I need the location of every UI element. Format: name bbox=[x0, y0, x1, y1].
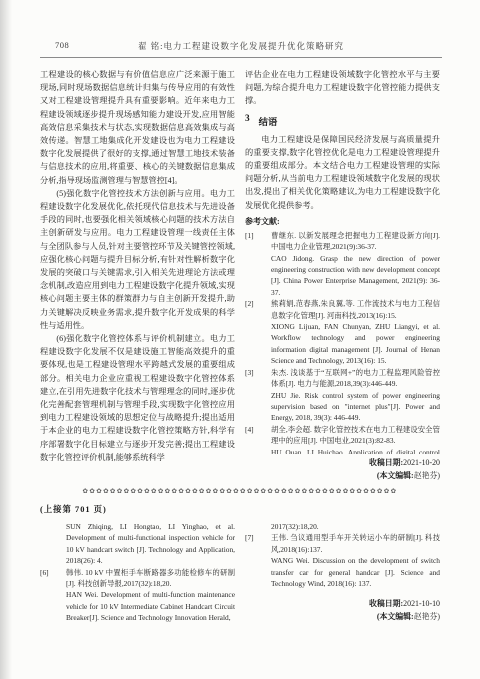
reference-text-zh: 熊莉娟,范春燕,朱良翼,等. 工作流技术与电力工程信息数字化管理[J]. 河南科… bbox=[271, 298, 440, 321]
right-column-content: 评估企业在电力工程建设领域数字化管控水平与主要问题,为综合提升电力工程建设数字化… bbox=[245, 68, 440, 454]
reference-item-7: [7] 王伟. 刍议通用型手车开关转运小车的研制[J]. 科技风,2018(16… bbox=[245, 532, 440, 589]
article-body: 工程建设的核心数据与有价值信息应广泛来源于施工现场,同时现场数据信息统计归集与传… bbox=[40, 68, 440, 482]
reference-text-en: CAO Jidong. Grasp the new direction of p… bbox=[271, 253, 440, 299]
reference-item-3: [3] 朱杰. 浅谈基于“互联网+”的电力工程监理风险管控体系[J]. 电力与能… bbox=[245, 367, 440, 424]
reference-text-zh: 朱杰. 浅谈基于“互联网+”的电力工程监理风险管控体系[J]. 电力与能源,20… bbox=[271, 367, 440, 390]
references-heading: 参考文献: bbox=[245, 216, 440, 227]
left-column: 工程建设的核心数据与有价值信息应广泛来源于施工现场,同时现场数据信息统计归集与传… bbox=[40, 68, 235, 482]
running-title: 翟 铭:电力工程建设数字化发展提升优化策略研究 bbox=[40, 40, 442, 52]
conclusion-paragraph: 电力工程建设是保障国民经济发展与高质量提升的重要支撑,数字化管控优化是电力工程建… bbox=[245, 133, 440, 212]
editor-name: 赵艳芬) bbox=[414, 471, 440, 480]
journal-page: 708 翟 铭:电力工程建设数字化发展提升优化策略研究 工程建设的核心数据与有价… bbox=[0, 0, 480, 679]
received-value: 2021-10-20 bbox=[403, 458, 440, 467]
reference-number: [3] bbox=[245, 367, 271, 424]
header-rule bbox=[40, 57, 442, 58]
reference-text-zh: 曹继东. 以新发展理念把握电力工程建设新方向[J]. 中国电力企业管理,2021… bbox=[271, 230, 440, 253]
scan-edge-shadow bbox=[0, 0, 12, 679]
reference-number-blank bbox=[40, 521, 66, 567]
paragraph-item-6: (6)强化数字化管控体系与评价机制建立。电力工程建设数字化发展不仅是建设施工智能… bbox=[40, 332, 235, 464]
reference-text-zh: 胡全,李会超. 数字化管控技术在电力工程建设安全管理中的应用[J]. 中国电业,… bbox=[271, 424, 440, 447]
reference-number-blank bbox=[245, 521, 271, 532]
reference-number: [4] bbox=[245, 424, 271, 454]
article-meta: 收稿日期:2021-10-20 (本文编辑:赵艳芬) bbox=[245, 457, 440, 482]
reference-number: [1] bbox=[245, 230, 271, 298]
reference-item-4: [4] 胡全,李会超. 数字化管控技术在电力工程建设安全管理中的应用[J]. 中… bbox=[245, 424, 440, 454]
reference-item-6: [6] 韩伟. 10 kV 中置柜手车断路器多功能检修车的研制[J]. 科技创新… bbox=[40, 567, 235, 624]
reference-number: [6] bbox=[40, 567, 66, 624]
continuation-meta: 收稿日期:2021-10-10 (本文编辑:赵艳芬) bbox=[245, 598, 440, 623]
page-header: 708 翟 铭:电力工程建设数字化发展提升优化策略研究 bbox=[40, 40, 442, 53]
section-number: 3 bbox=[245, 114, 250, 128]
editor-label: (本文编辑: bbox=[377, 612, 414, 621]
received-label: 收稿日期: bbox=[369, 599, 403, 608]
reference-item-2: [2] 熊莉娟,范春燕,朱良翼,等. 工作流技术与电力工程信息数字化管理[J].… bbox=[245, 298, 440, 366]
received-date-line: 收稿日期:2021-10-20 bbox=[245, 457, 440, 470]
reference-item-1: [1] 曹继东. 以新发展理念把握电力工程建设新方向[J]. 中国电力企业管理,… bbox=[245, 230, 440, 298]
received-label: 收稿日期: bbox=[369, 458, 403, 467]
editor-name: 赵艳芬) bbox=[414, 612, 440, 621]
continuation-right-column: 2017(32):18,20. [7] 王伟. 刍议通用型手车开关转运小车的研制… bbox=[245, 521, 440, 624]
section-heading-conclusion: 3 结语 bbox=[245, 114, 440, 128]
reference-text-en: WANG Wei. Discussion on the development … bbox=[271, 555, 440, 589]
reference-text-en: SUN Zhiqing, LI Hongtao, LI Yinghao, et … bbox=[66, 521, 235, 567]
editor-line: (本文编辑:赵艳芬) bbox=[245, 470, 440, 483]
continuation-left-column: SUN Zhiqing, LI Hongtao, LI Yinghao, et … bbox=[40, 521, 235, 624]
paragraph-continuation: 工程建设的核心数据与有价值信息应广泛来源于施工现场,同时现场数据信息统计归集与传… bbox=[40, 68, 235, 187]
right-column: 评估企业在电力工程建设领域数字化管控水平与主要问题,为综合提升电力工程建设数字化… bbox=[245, 68, 440, 482]
editor-label: (本文编辑: bbox=[377, 471, 414, 480]
section-separator-ornaments: ✿✿✿✿✿✿✿✿✿✿✿✿✿✿✿✿✿✿✿✿✿✿✿✿✿✿✿✿✿✿✿✿✿✿✿✿✿✿✿✿… bbox=[40, 487, 440, 496]
reference-text-en: 2017(32):18,20. bbox=[271, 521, 440, 532]
received-date-line: 收稿日期:2021-10-10 bbox=[245, 598, 440, 611]
continuation-note: (上接第 701 页) bbox=[40, 503, 440, 515]
paragraph-item-5: (5)强化数字化管控技术方法创新与应用。电力工程建设数字化发展优化,依托现代信息… bbox=[40, 187, 235, 332]
reference-text-zh: 韩伟. 10 kV 中置柜手车断路器多功能检修车的研制[J]. 科技创新导报,2… bbox=[66, 567, 235, 590]
reference-text-en: HAN Wei. Development of multi-function m… bbox=[66, 589, 235, 623]
reference-item-5-continued: SUN Zhiqing, LI Hongtao, LI Yinghao, et … bbox=[40, 521, 235, 567]
section-title: 结语 bbox=[259, 114, 278, 128]
editor-line: (本文编辑:赵艳芬) bbox=[245, 611, 440, 624]
reference-text-en: ZHU Jie. Risk control system of power en… bbox=[271, 390, 440, 424]
reference-number: [2] bbox=[245, 298, 271, 366]
reference-text-en: XIONG Lijuan, FAN Chunyan, ZHU Liangyi, … bbox=[271, 321, 440, 367]
reference-item-6-continued: 2017(32):18,20. bbox=[245, 521, 440, 532]
closing-paragraph: 评估企业在电力工程建设领域数字化管控水平与主要问题,为综合提升电力工程建设数字化… bbox=[245, 68, 440, 108]
received-value: 2021-10-10 bbox=[403, 599, 440, 608]
continuation-section: (上接第 701 页) SUN Zhiqing, LI Hongtao, LI … bbox=[40, 503, 440, 624]
reference-text-en: HU Quan, LI Huichao. Application of digi… bbox=[271, 447, 440, 454]
reference-number: [7] bbox=[245, 532, 271, 589]
reference-text-zh: 王伟. 刍议通用型手车开关转运小车的研制[J]. 科技风,2018(16):13… bbox=[271, 532, 440, 555]
